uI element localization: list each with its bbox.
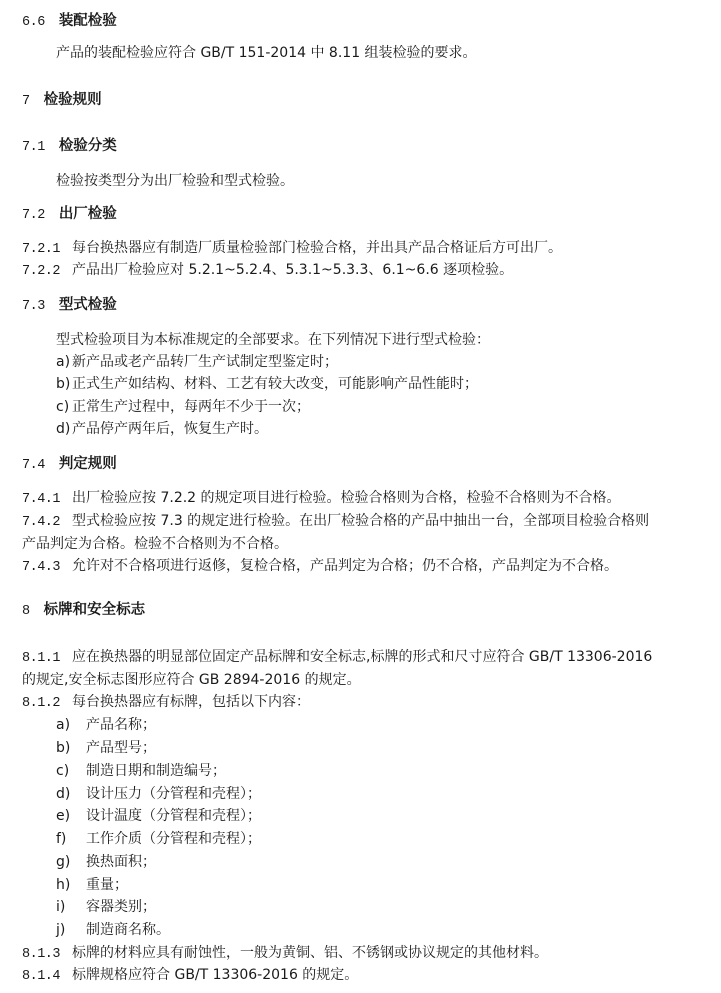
clause-8-1-1: 8.1.1应在换热器的明显部位固定产品标牌和安全标志,标牌的形式和尺寸应符合 G… bbox=[22, 648, 652, 668]
section-number: 7.3 bbox=[22, 299, 45, 314]
clause-number: 7.4.3 bbox=[22, 560, 60, 575]
chapter-heading-7: 7检验规则 bbox=[22, 91, 102, 111]
clause-number: 7.2.2 bbox=[22, 264, 60, 279]
section-number: 8 bbox=[22, 604, 30, 619]
list-item-text: 制造商名称。 bbox=[86, 922, 170, 938]
list-item-text: 容器类别； bbox=[86, 899, 156, 915]
list-item-label: d) bbox=[56, 420, 72, 438]
paragraph-7-3-intro: 型式检验项目为本标准规定的全部要求。在下列情况下进行型式检验： bbox=[56, 331, 490, 349]
clause-number: 8.1.4 bbox=[22, 969, 60, 984]
clause-text: 产品出厂检验应对 5.2.1~5.2.4、5.3.1~5.3.3、6.1~6.6… bbox=[72, 262, 513, 278]
section-title: 标牌和安全标志 bbox=[44, 602, 146, 618]
list-item-text: 产品型号； bbox=[86, 740, 156, 756]
clause-8-1-4: 8.1.4标牌规格应符合 GB/T 13306-2016 的规定。 bbox=[22, 966, 358, 986]
section-number: 7 bbox=[22, 94, 30, 109]
section-title: 检验规则 bbox=[44, 92, 102, 108]
clause-text: 每台换热器应有标牌，包括以下内容： bbox=[72, 694, 310, 710]
clause-number: 7.2.1 bbox=[22, 242, 60, 257]
section-title: 检验分类 bbox=[59, 138, 117, 154]
list-item-text: 正常生产过程中，每两年不少于一次； bbox=[72, 399, 310, 415]
section-title: 装配检验 bbox=[59, 13, 117, 29]
clause-text: 允许对不合格项进行返修，复检合格，产品判定为合格；仍不合格，产品判定为不合格。 bbox=[72, 558, 618, 574]
section-heading-6-6: 6.6装配检验 bbox=[22, 12, 117, 32]
list-item-label: b) bbox=[56, 739, 86, 757]
clause-text: 应在换热器的明显部位固定产品标牌和安全标志,标牌的形式和尺寸应符合 GB/T 1… bbox=[72, 649, 652, 665]
list-item-text: 换热面积； bbox=[86, 854, 156, 870]
list-item: b)正式生产如结构、材料、工艺有较大改变，可能影响产品性能时； bbox=[56, 375, 478, 393]
list-item-label: g) bbox=[56, 853, 86, 871]
clause-7-4-3: 7.4.3允许对不合格项进行返修，复检合格，产品判定为合格；仍不合格，产品判定为… bbox=[22, 557, 618, 577]
list-item: c)正常生产过程中，每两年不少于一次； bbox=[56, 398, 310, 416]
list-item: g)换热面积； bbox=[56, 853, 156, 871]
list-item-label: i) bbox=[56, 898, 86, 916]
clause-number: 7.4.1 bbox=[22, 492, 60, 507]
clause-7-4-2: 7.4.2型式检验应按 7.3 的规定进行检验。在出厂检验合格的产品中抽出一台，… bbox=[22, 512, 649, 532]
list-item-text: 正式生产如结构、材料、工艺有较大改变，可能影响产品性能时； bbox=[72, 376, 478, 392]
clause-7-2-2: 7.2.2产品出厂检验应对 5.2.1~5.2.4、5.3.1~5.3.3、6.… bbox=[22, 261, 513, 281]
list-item-text: 产品停产两年后，恢复生产时。 bbox=[72, 421, 268, 437]
clause-8-1-3: 8.1.3标牌的材料应具有耐蚀性，一般为黄铜、铝、不锈钢或协议规定的其他材料。 bbox=[22, 944, 548, 964]
list-item-label: h) bbox=[56, 876, 86, 894]
list-item: j)制造商名称。 bbox=[56, 921, 170, 939]
list-item-label: j) bbox=[56, 921, 86, 939]
paragraph-6-6: 产品的装配检验应符合 GB/T 151-2014 中 8.11 组装检验的要求。 bbox=[56, 44, 477, 62]
section-number: 7.4 bbox=[22, 458, 45, 473]
clause-number: 8.1.1 bbox=[22, 651, 60, 666]
list-item-text: 新产品或老产品转厂生产试制定型鉴定时； bbox=[72, 354, 338, 370]
clause-text: 出厂检验应按 7.2.2 的规定项目进行检验。检验合格则为合格，检验不合格则为不… bbox=[72, 490, 621, 506]
list-item: c)制造日期和制造编号； bbox=[56, 762, 226, 780]
list-item-label: f) bbox=[56, 830, 86, 848]
list-item-label: c) bbox=[56, 398, 72, 416]
section-heading-7-4: 7.4判定规则 bbox=[22, 455, 117, 475]
list-item: b)产品型号； bbox=[56, 739, 156, 757]
list-item: i)容器类别； bbox=[56, 898, 156, 916]
list-item-text: 工作介质（分管程和壳程）； bbox=[86, 831, 261, 847]
clause-number: 8.1.2 bbox=[22, 696, 60, 711]
clause-text: 标牌的材料应具有耐蚀性，一般为黄铜、铝、不锈钢或协议规定的其他材料。 bbox=[72, 945, 548, 961]
clause-8-1-1-continuation: 的规定,安全标志图形应符合 GB 2894-2016 的规定。 bbox=[22, 671, 361, 689]
section-title: 判定规则 bbox=[59, 456, 117, 472]
section-title: 出厂检验 bbox=[59, 206, 117, 222]
list-item: a)产品名称； bbox=[56, 716, 156, 734]
paragraph-7-1: 检验按类型分为出厂检验和型式检验。 bbox=[56, 172, 294, 190]
list-item-text: 制造日期和制造编号； bbox=[86, 763, 226, 779]
chapter-heading-8: 8标牌和安全标志 bbox=[22, 601, 145, 621]
list-item-label: a) bbox=[56, 353, 72, 371]
list-item-label: e) bbox=[56, 807, 86, 825]
clause-7-4-1: 7.4.1出厂检验应按 7.2.2 的规定项目进行检验。检验合格则为合格，检验不… bbox=[22, 489, 621, 509]
list-item-text: 重量； bbox=[86, 877, 128, 893]
list-item-label: d) bbox=[56, 785, 86, 803]
clause-7-2-1: 7.2.1每台换热器应有制造厂质量检验部门检验合格，并出具产品合格证后方可出厂。 bbox=[22, 239, 562, 259]
clause-text: 每台换热器应有制造厂质量检验部门检验合格，并出具产品合格证后方可出厂。 bbox=[72, 240, 562, 256]
section-heading-7-2: 7.2出厂检验 bbox=[22, 205, 117, 225]
list-item-text: 设计温度（分管程和壳程）； bbox=[86, 808, 261, 824]
section-number: 6.6 bbox=[22, 15, 45, 30]
list-item: h)重量； bbox=[56, 876, 128, 894]
section-title: 型式检验 bbox=[59, 297, 117, 313]
clause-number: 7.4.2 bbox=[22, 515, 60, 530]
list-item: f)工作介质（分管程和壳程）； bbox=[56, 830, 261, 848]
clause-7-4-2-continuation: 产品判定为合格。检验不合格则为不合格。 bbox=[22, 535, 288, 553]
clause-text: 型式检验应按 7.3 的规定进行检验。在出厂检验合格的产品中抽出一台，全部项目检… bbox=[72, 513, 649, 529]
list-item-text: 产品名称； bbox=[86, 717, 156, 733]
list-item: a)新产品或老产品转厂生产试制定型鉴定时； bbox=[56, 353, 338, 371]
list-item: d)产品停产两年后，恢复生产时。 bbox=[56, 420, 268, 438]
list-item-label: a) bbox=[56, 716, 86, 734]
list-item-label: b) bbox=[56, 375, 72, 393]
section-heading-7-1: 7.1检验分类 bbox=[22, 137, 117, 157]
list-item-label: c) bbox=[56, 762, 86, 780]
list-item-text: 设计压力（分管程和壳程）； bbox=[86, 786, 261, 802]
clause-text: 标牌规格应符合 GB/T 13306-2016 的规定。 bbox=[72, 967, 358, 983]
section-heading-7-3: 7.3型式检验 bbox=[22, 296, 117, 316]
clause-number: 8.1.3 bbox=[22, 947, 60, 962]
list-item: d)设计压力（分管程和壳程）； bbox=[56, 785, 261, 803]
section-number: 7.1 bbox=[22, 140, 45, 155]
section-number: 7.2 bbox=[22, 208, 45, 223]
list-item: e)设计温度（分管程和壳程）； bbox=[56, 807, 261, 825]
clause-8-1-2: 8.1.2每台换热器应有标牌，包括以下内容： bbox=[22, 693, 310, 713]
